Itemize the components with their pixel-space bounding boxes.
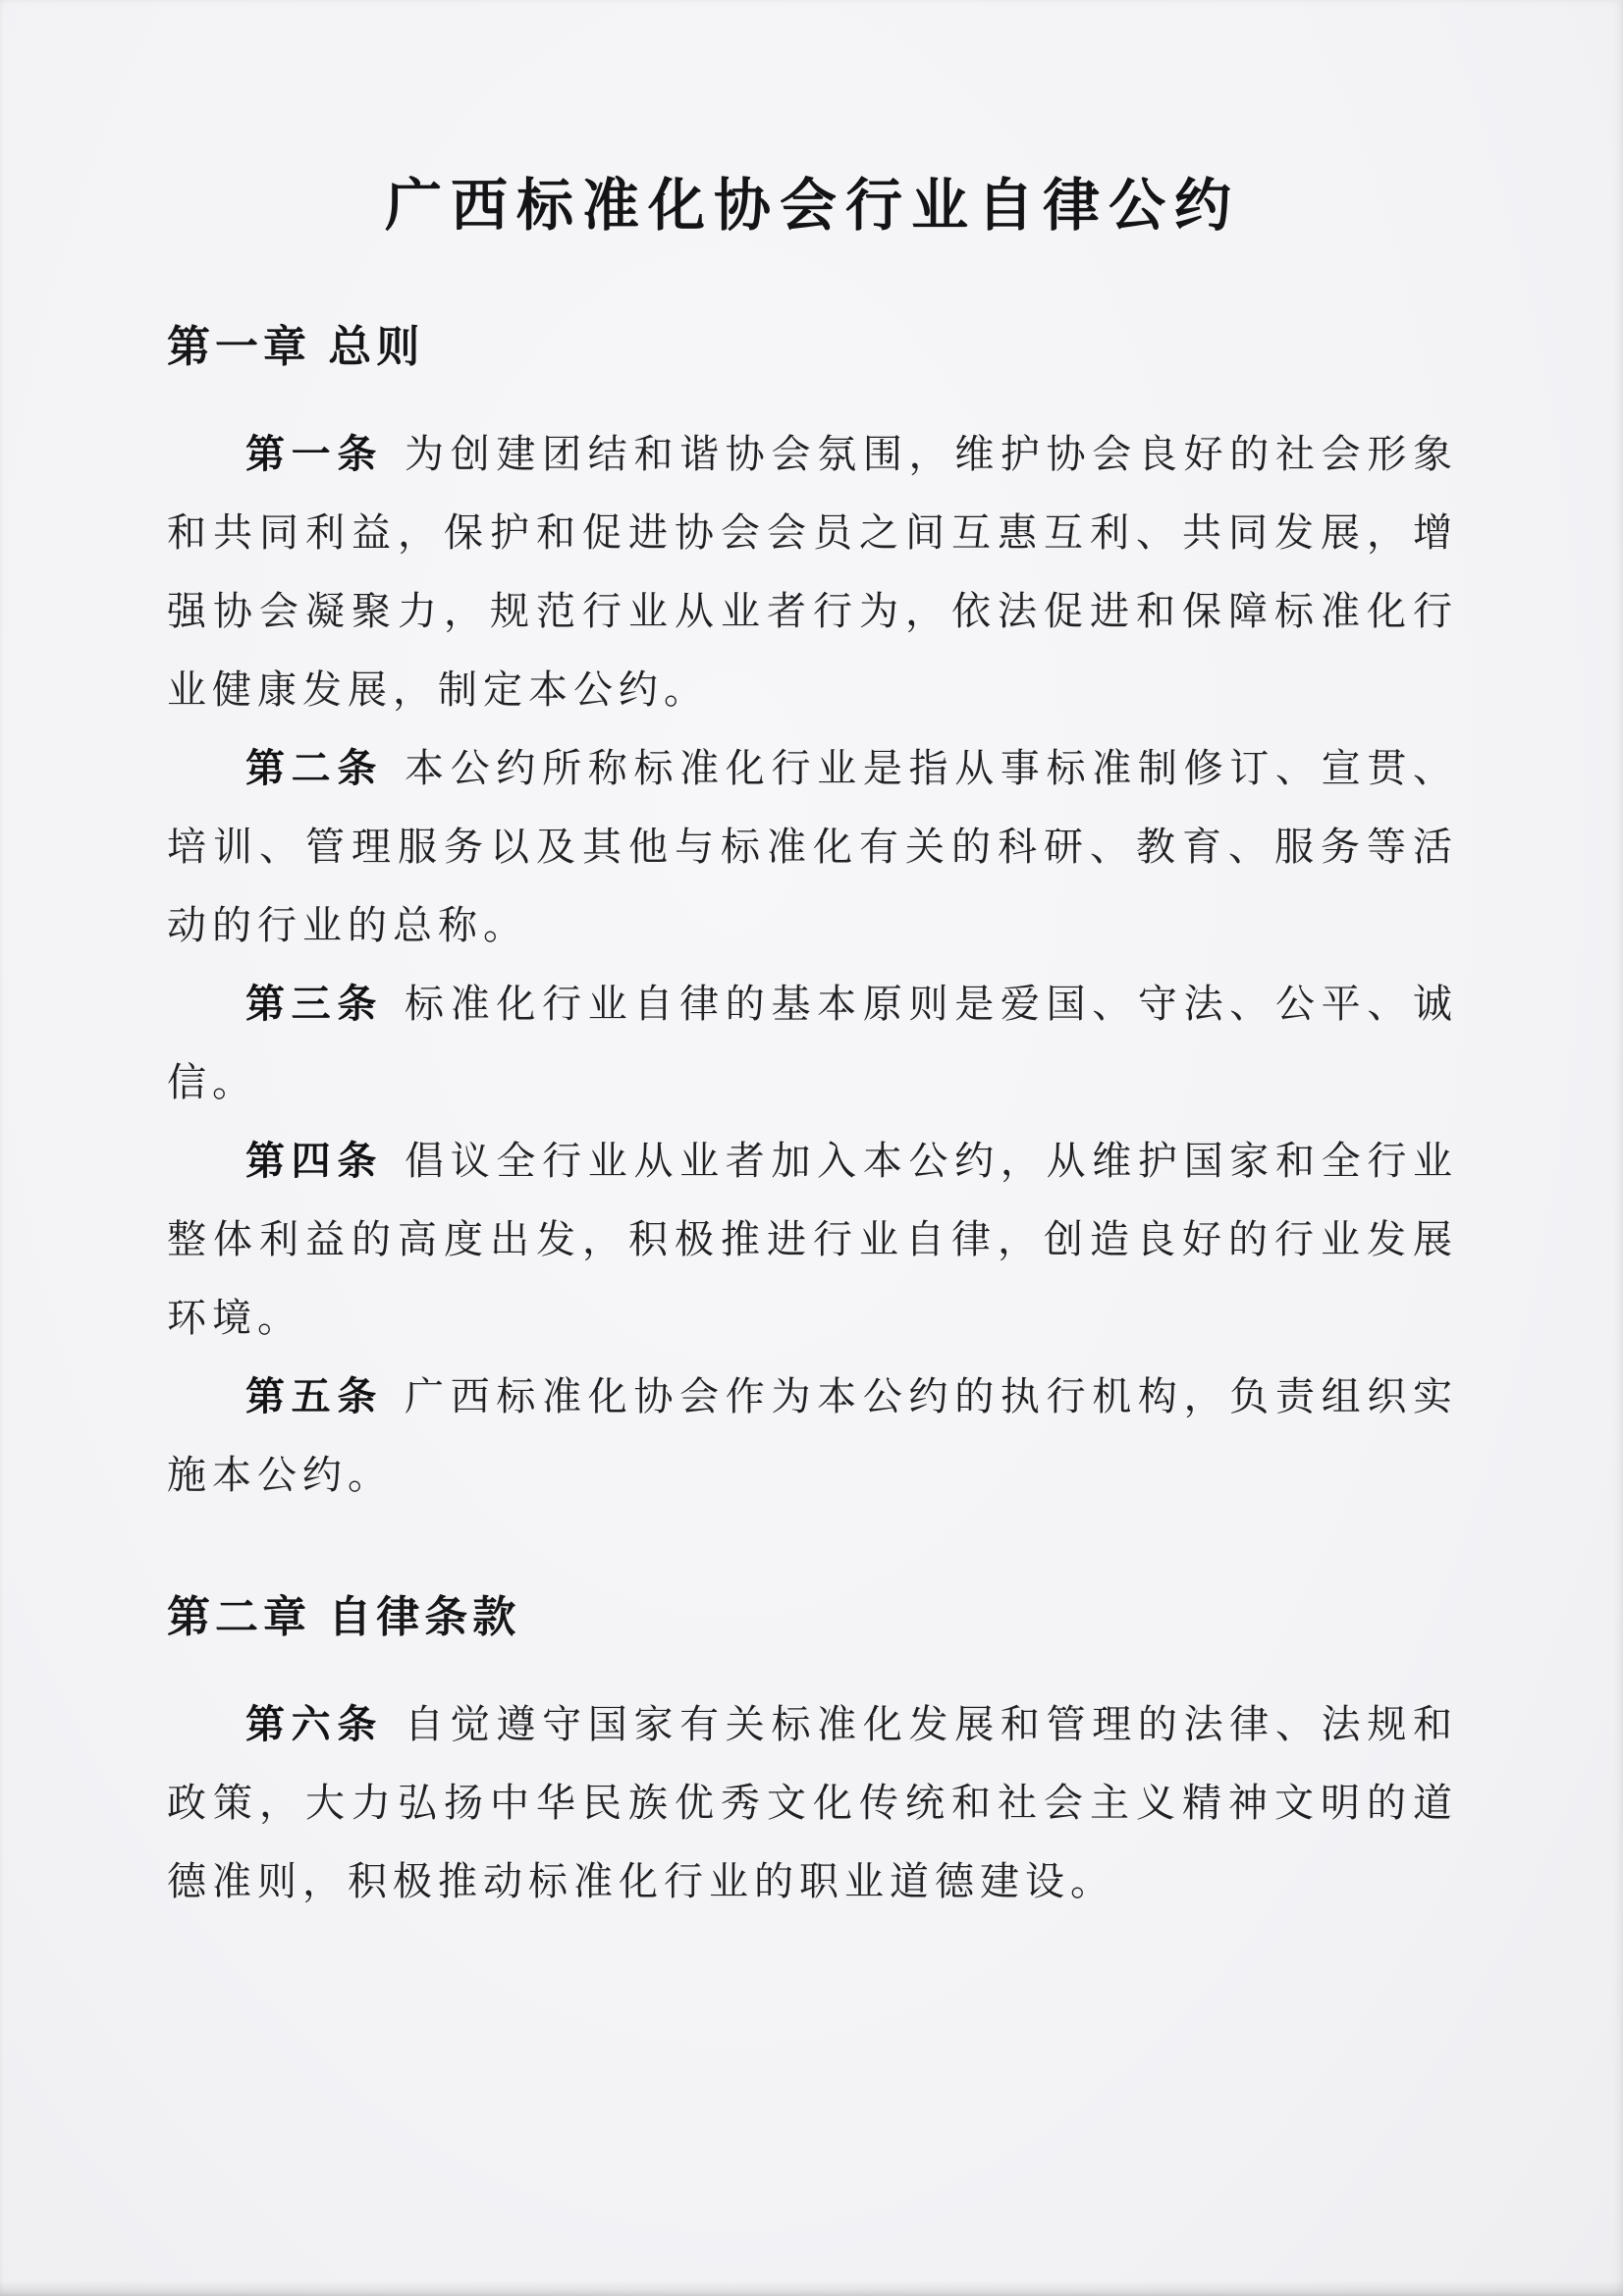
article-2: 第二条本公约所称标准化行业是指从事标准制修订、宣贯、培训、管理服务以及其他与标准… [167,729,1458,965]
article-6: 第六条自觉遵守国家有关标准化发展和管理的法律、法规和政策，大力弘扬中华民族优秀文… [167,1685,1458,1921]
article-3: 第三条标准化行业自律的基本原则是爱国、守法、公平、诚信。 [167,965,1458,1122]
article-2-label: 第二条 [245,747,383,790]
article-5-label: 第五条 [245,1375,383,1418]
article-6-label: 第六条 [245,1703,383,1746]
chapter-general-provisions: 第一章 总则 第一条为创建团结和谐协会氛围，维护协会良好的社会形象和共同利益，保… [167,317,1458,1515]
article-4-label: 第四条 [245,1140,383,1183]
chapter-2-heading: 第二章 自律条款 [167,1587,1458,1648]
chapter-self-discipline-clauses: 第二章 自律条款 第六条自觉遵守国家有关标准化发展和管理的法律、法规和政策，大力… [167,1587,1458,1921]
article-5: 第五条广西标准化协会作为本公约的执行机构，负责组织实施本公约。 [167,1358,1458,1515]
document-title: 广西标准化协会行业自律公约 [167,169,1458,242]
article-3-label: 第三条 [245,983,383,1026]
chapter-1-heading: 第一章 总则 [167,317,1458,378]
article-4: 第四条倡议全行业从业者加入本公约，从维护国家和全行业整体利益的高度出发，积极推进… [167,1122,1458,1358]
scanned-document-page: 广西标准化协会行业自律公约 第一章 总则 第一条为创建团结和谐协会氛围，维护协会… [0,0,1623,2296]
article-1-label: 第一条 [245,433,383,476]
article-1: 第一条为创建团结和谐协会氛围，维护协会良好的社会形象和共同利益，保护和促进协会会… [167,415,1458,729]
